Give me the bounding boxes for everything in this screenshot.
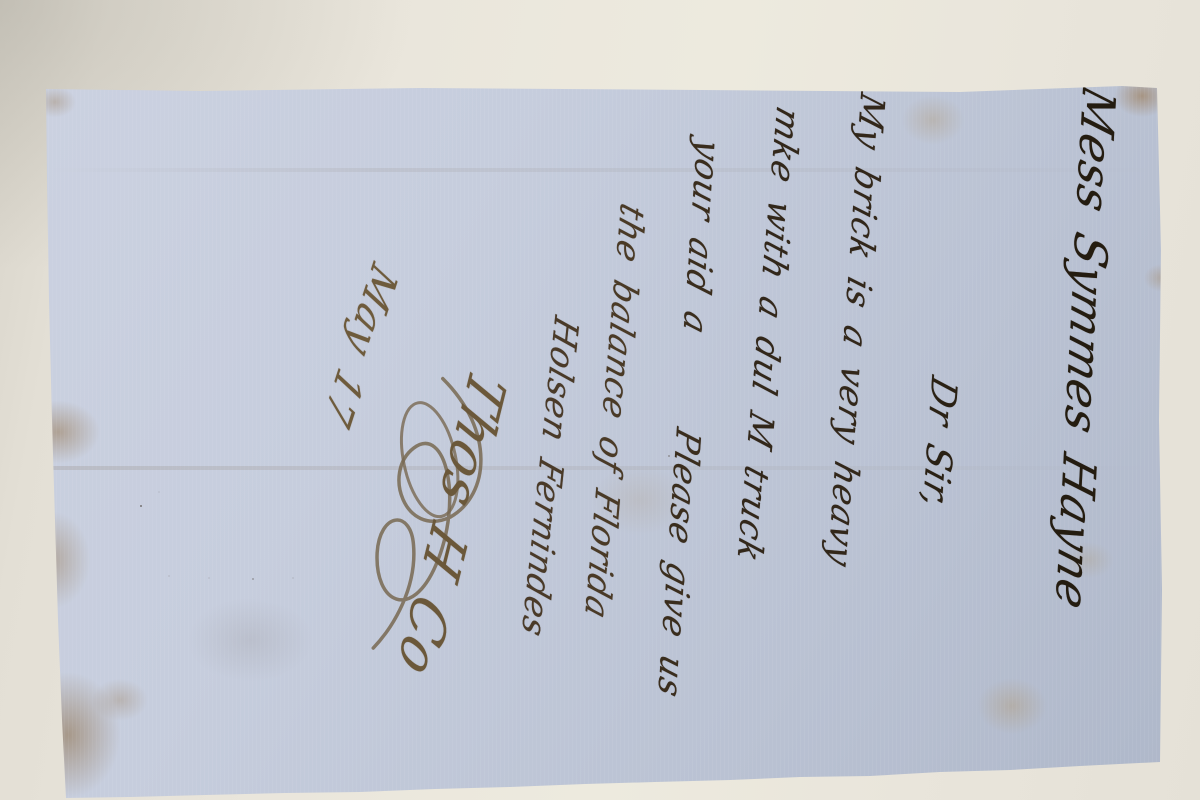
handwriting-block: Mess Symmes Hayne Dr Sir, My brick is a …	[300, 60, 1160, 760]
body-line: Holsen Fernindes	[513, 311, 585, 642]
address-line: Mess Symmes Hayne	[1045, 80, 1126, 617]
ink-specks	[140, 505, 142, 507]
letter-paper: Mess Symmes Hayne Dr Sir, My brick is a …	[0, 0, 1200, 800]
photo-of-letter: Mess Symmes Hayne Dr Sir, My brick is a …	[0, 0, 1200, 800]
body-line: your aid a Please give us	[649, 134, 727, 702]
body-line: My brick is a very heavy	[819, 88, 891, 572]
salutation-line: Dr Sir,	[914, 371, 963, 514]
body-line: the balance of Florida	[576, 199, 651, 625]
body-line: mke with a dul M truck	[729, 102, 808, 568]
